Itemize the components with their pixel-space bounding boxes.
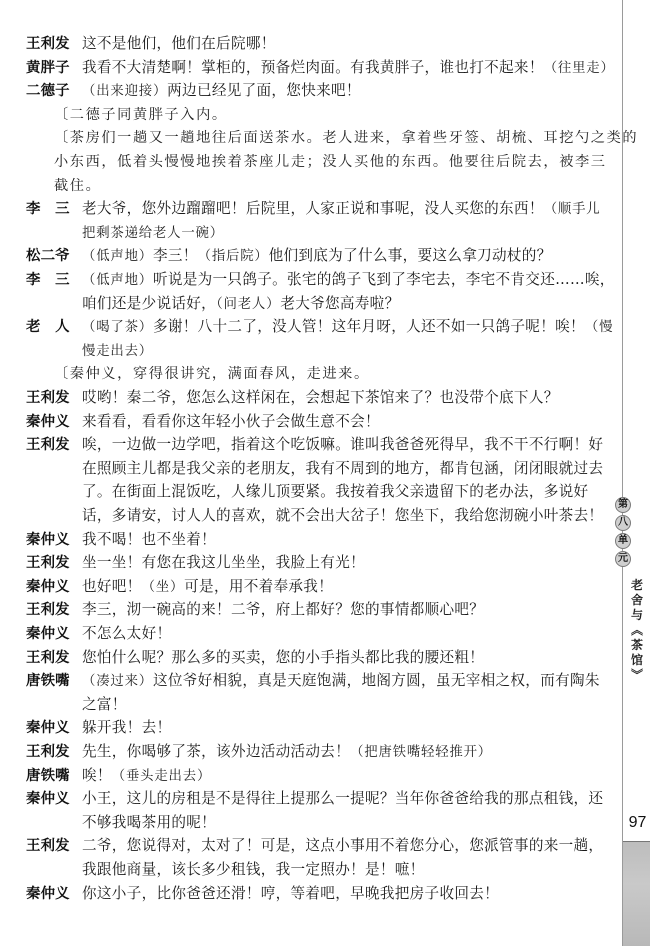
speech-text: 躲开我！去！	[82, 716, 171, 740]
speech-segment: 先生，你喝够了茶，该外边活动活动去！	[82, 743, 350, 760]
page-number: 97	[625, 814, 650, 832]
stage-direction-inline: （低声地）	[82, 249, 153, 264]
speaker-name: 王利发	[26, 551, 80, 575]
speech-segment: 老大爷您高寿啦？	[280, 295, 399, 312]
speech-text: 之富！	[82, 693, 127, 717]
speech-text: 这不是他们，他们在后院哪！	[82, 32, 276, 56]
speech-text: 我跟他商量，该长多少租钱，我一定照办！是！嗻！	[82, 858, 425, 882]
speech-segment: 二爷，您说得对，太对了！可是，这点小事用不着您分心，您派管事的来一趟，	[82, 837, 603, 854]
speech-segment: 两边已经见了面，您快来吧！	[167, 82, 361, 99]
speech-segment: 他们到底为了什么事，要这么拿刀动杖的？	[269, 247, 552, 264]
speech-segment: 哎哟！秦二爷，您怎么这样闲在，会想起下茶馆来了？也没带个底下人？	[82, 389, 559, 406]
speech-text: （喝了茶）多谢！八十二了，没人管！这年月呀，人还不如一只鸽子呢！唉！（慢	[82, 315, 613, 340]
speech-text: 了。在街面上混饭吃，人缘儿顶要紧。我按着我父亲遗留下的老办法，多说好	[82, 480, 588, 504]
speech-text: 我不喝！也不坐着！	[82, 528, 216, 552]
stage-direction-inline: （低声地）	[82, 273, 153, 288]
unit-badge-char: 单	[615, 533, 631, 549]
stage-direction-inline: （凑过来）	[82, 674, 153, 689]
speech-text: 唉！（垂头走出去）	[82, 764, 211, 789]
speaker-name: 秦仲义	[26, 716, 80, 740]
speaker-name: 李 三	[26, 197, 80, 221]
speech-text: 慢走出去）	[82, 339, 153, 364]
speaker-name: 王利发	[26, 386, 80, 410]
page-edge-tab	[623, 841, 650, 946]
speech-segment: 李三，沏一碗高的来！二爷，府上都好？您的事情都顺心吧？	[82, 601, 484, 618]
speech-segment: 我不喝！也不坐着！	[82, 531, 216, 548]
speech-text: 话，多请安，讨人人的喜欢，就不会出大岔子！您坐下，我给您沏碗小叶茶去！	[82, 504, 603, 528]
stage-direction-inline: 把剩茶递给老人一碗）	[82, 226, 224, 241]
stage-direction-inline: （慢	[585, 320, 613, 335]
section-title-char: ︾	[629, 668, 645, 683]
speech-text: 李三，沏一碗高的来！二爷，府上都好？您的事情都顺心吧？	[82, 598, 484, 622]
speech-text: 你这小子，比你爸爸还滑！哼，等着吧，早晚我把房子收回去！	[82, 882, 499, 906]
speaker-name: 秦仲义	[26, 787, 80, 811]
speaker-name: 秦仲义	[26, 410, 80, 434]
speech-text: （出来迎接）两边已经见了面，您快来吧！	[82, 79, 361, 104]
speech-text: 不够我喝茶用的呢！	[82, 811, 216, 835]
speech-text: 老大爷，您外边蹓蹓吧！后院里，人家正说和事呢，没人买您的东西！（顺手儿	[82, 197, 600, 222]
speech-segment: 话，多请安，讨人人的喜欢，就不会出大岔子！您坐下，我给您沏碗小叶茶去！	[82, 507, 603, 524]
speech-text: 坐一坐！有您在我这儿坐坐，我脸上有光！	[82, 551, 365, 575]
stage-direction-inline: （问老人）	[216, 297, 280, 312]
speech-text: 我看不大清楚啊！掌柜的，预备烂肉面。有我黄胖子，谁也打不起来！（往里走）	[82, 56, 615, 81]
speech-segment: 听说是为一只鸽子。张宅的鸽子飞到了李宅去，李宅不肯交还……唉，	[153, 271, 615, 288]
speaker-name: 黄胖子	[26, 56, 80, 80]
speech-text: 您怕什么呢？那么多的买卖，您的小手指头都比我的腰还粗！	[82, 646, 484, 670]
speech-text: （低声地）李三！（指后院）他们到底为了什么事，要这么拿刀动杖的？	[82, 244, 552, 269]
speech-segment: 坐一坐！有您在我这儿坐坐，我脸上有光！	[82, 554, 365, 571]
speech-segment: 了。在街面上混饭吃，人缘儿顶要紧。我按着我父亲遗留下的老办法，多说好	[82, 483, 588, 500]
speech-segment: 多谢！八十二了，没人管！这年月呀，人还不如一只鸽子呢！唉！	[153, 318, 585, 335]
speaker-name: 王利发	[26, 834, 80, 858]
speaker-name: 李 三	[26, 268, 80, 292]
speech-text: 也好吧！（坐）可是，用不着奉承我！	[82, 575, 333, 600]
speaker-name: 王利发	[26, 646, 80, 670]
stage-direction-inline: （把唐铁嘴轻轻推开）	[350, 745, 492, 760]
stage-direction-inline: （坐）	[142, 580, 185, 595]
section-title-char: 舍	[629, 593, 645, 608]
stage-direction: 〔茶房们一趟又一趟地往后面送茶水。老人进来，拿着些牙签、胡梳、耳挖勺之类的	[54, 126, 638, 150]
speaker-name: 松二爷	[26, 244, 80, 268]
speaker-name: 唐铁嘴	[26, 764, 80, 788]
speech-text: （低声地）听说是为一只鸽子。张宅的鸽子飞到了李宅去，李宅不肯交还……唉，	[82, 268, 615, 293]
speech-segment: 唉！	[82, 767, 112, 784]
unit-badge-char: 八	[615, 515, 631, 531]
speech-text: 来看看，看看你这年轻小伙子会做生意不会！	[82, 410, 380, 434]
speaker-name: 唐铁嘴	[26, 669, 80, 693]
speech-segment: 老大爷，您外边蹓蹓吧！后院里，人家正说和事呢，没人买您的东西！	[82, 200, 544, 217]
stage-direction-inline: （垂头走出去）	[112, 769, 211, 784]
speech-segment: 唉，一边做一边学吧，指着这个吃饭嘛。谁叫我爸爸死得早，我不干不行啊！好	[82, 436, 603, 453]
speech-segment: 您怕什么呢？那么多的买卖，您的小手指头都比我的腰还粗！	[82, 649, 484, 666]
stage-direction-inline: （往里走）	[544, 61, 615, 76]
stage-direction-inline: （指后院）	[198, 249, 269, 264]
speech-segment: 你这小子，比你爸爸还滑！哼，等着吧，早晚我把房子收回去！	[82, 885, 499, 902]
speaker-name: 秦仲义	[26, 575, 80, 599]
stage-direction: 截住。	[54, 174, 101, 198]
speech-segment: 在照顾主儿都是我父亲的老朋友，我有不周到的地方，都肯包涵，闭闭眼就过去	[82, 460, 603, 477]
section-title-char: 馆	[629, 653, 645, 668]
speech-segment: 也好吧！	[82, 578, 142, 595]
speech-text: 在照顾主儿都是我父亲的老朋友，我有不周到的地方，都肯包涵，闭闭眼就过去	[82, 457, 603, 481]
speech-segment: 不够我喝茶用的呢！	[82, 814, 216, 831]
speech-segment: 李三！	[153, 247, 198, 264]
section-title-char: 茶	[629, 638, 645, 653]
speech-text: 把剩茶递给老人一碗）	[82, 221, 224, 246]
speech-text: 咱们还是少说话好，（问老人）老大爷您高寿啦？	[82, 292, 399, 317]
speech-segment: 躲开我！去！	[82, 719, 171, 736]
stage-direction-inline: 慢走出去）	[82, 344, 153, 359]
stage-direction: 小东西，低着头慢慢地挨着茶座儿走；没人买他的东西。他要往后院去，被李三	[54, 150, 607, 174]
stage-direction-inline: （出来迎接）	[82, 84, 167, 99]
speech-text: 先生，你喝够了茶，该外边活动活动去！（把唐铁嘴轻轻推开）	[82, 740, 492, 765]
speech-text: 二爷，您说得对，太对了！可是，这点小事用不着您分心，您派管事的来一趟，	[82, 834, 603, 858]
speech-segment: 咱们还是少说话好，	[82, 295, 216, 312]
speaker-name: 秦仲义	[26, 622, 80, 646]
speech-text: 不怎么太好！	[82, 622, 171, 646]
speech-text: 哎哟！秦二爷，您怎么这样闲在，会想起下茶馆来了？也没带个底下人？	[82, 386, 559, 410]
speech-segment: 我跟他商量，该长多少租钱，我一定照办！是！嗻！	[82, 861, 425, 878]
script-page-body: 王利发这不是他们，他们在后院哪！黄胖子我看不大清楚啊！掌柜的，预备烂肉面。有我黄…	[0, 0, 622, 946]
speech-text: （凑过来）这位爷好相貌，真是天庭饱满，地阁方圆，虽无宰相之权，而有陶朱	[82, 669, 600, 694]
speech-segment: 这位爷好相貌，真是天庭饱满，地阁方圆，虽无宰相之权，而有陶朱	[153, 672, 600, 689]
speaker-name: 王利发	[26, 32, 80, 56]
speaker-name: 王利发	[26, 598, 80, 622]
stage-direction: 〔秦仲义，穿得很讲究，满面春风，走进来。	[54, 362, 370, 386]
speech-segment: 可是，用不着奉承我！	[184, 578, 333, 595]
speech-segment: 之富！	[82, 696, 127, 713]
speech-segment: 来看看，看看你这年轻小伙子会做生意不会！	[82, 413, 380, 430]
stage-direction-inline: （喝了茶）	[82, 320, 153, 335]
speaker-name: 秦仲义	[26, 528, 80, 552]
section-title-char: ︽	[629, 623, 645, 638]
stage-direction-inline: （顺手儿	[544, 202, 601, 217]
speech-text: 小王，这儿的房租是不是得往上提那么一提呢？当年你爸爸给我的那点租钱，还	[82, 787, 603, 811]
speech-segment: 我看不大清楚啊！掌柜的，预备烂肉面。有我黄胖子，谁也打不起来！	[82, 59, 544, 76]
speaker-name: 秦仲义	[26, 882, 80, 906]
speaker-name: 王利发	[26, 433, 80, 457]
unit-badge-char: 元	[615, 551, 631, 567]
speech-segment: 这不是他们，他们在后院哪！	[82, 35, 276, 52]
stage-direction: 〔二德子同黄胖子入内。	[54, 103, 228, 127]
section-title-char: 老	[629, 578, 645, 593]
speech-segment: 不怎么太好！	[82, 625, 171, 642]
margin-rule	[622, 0, 623, 946]
speaker-name: 老 人	[26, 315, 80, 339]
unit-badge-char: 第	[615, 497, 631, 513]
speech-segment: 小王，这儿的房租是不是得往上提那么一提呢？当年你爸爸给我的那点租钱，还	[82, 790, 603, 807]
speech-text: 唉，一边做一边学吧，指着这个吃饭嘛。谁叫我爸爸死得早，我不干不行啊！好	[82, 433, 603, 457]
section-title-char: 与	[629, 608, 645, 623]
speaker-name: 王利发	[26, 740, 80, 764]
section-title-vertical: 老 舍 与 ︽ 茶 馆 ︾	[629, 578, 645, 683]
speaker-name: 二德子	[26, 79, 80, 103]
